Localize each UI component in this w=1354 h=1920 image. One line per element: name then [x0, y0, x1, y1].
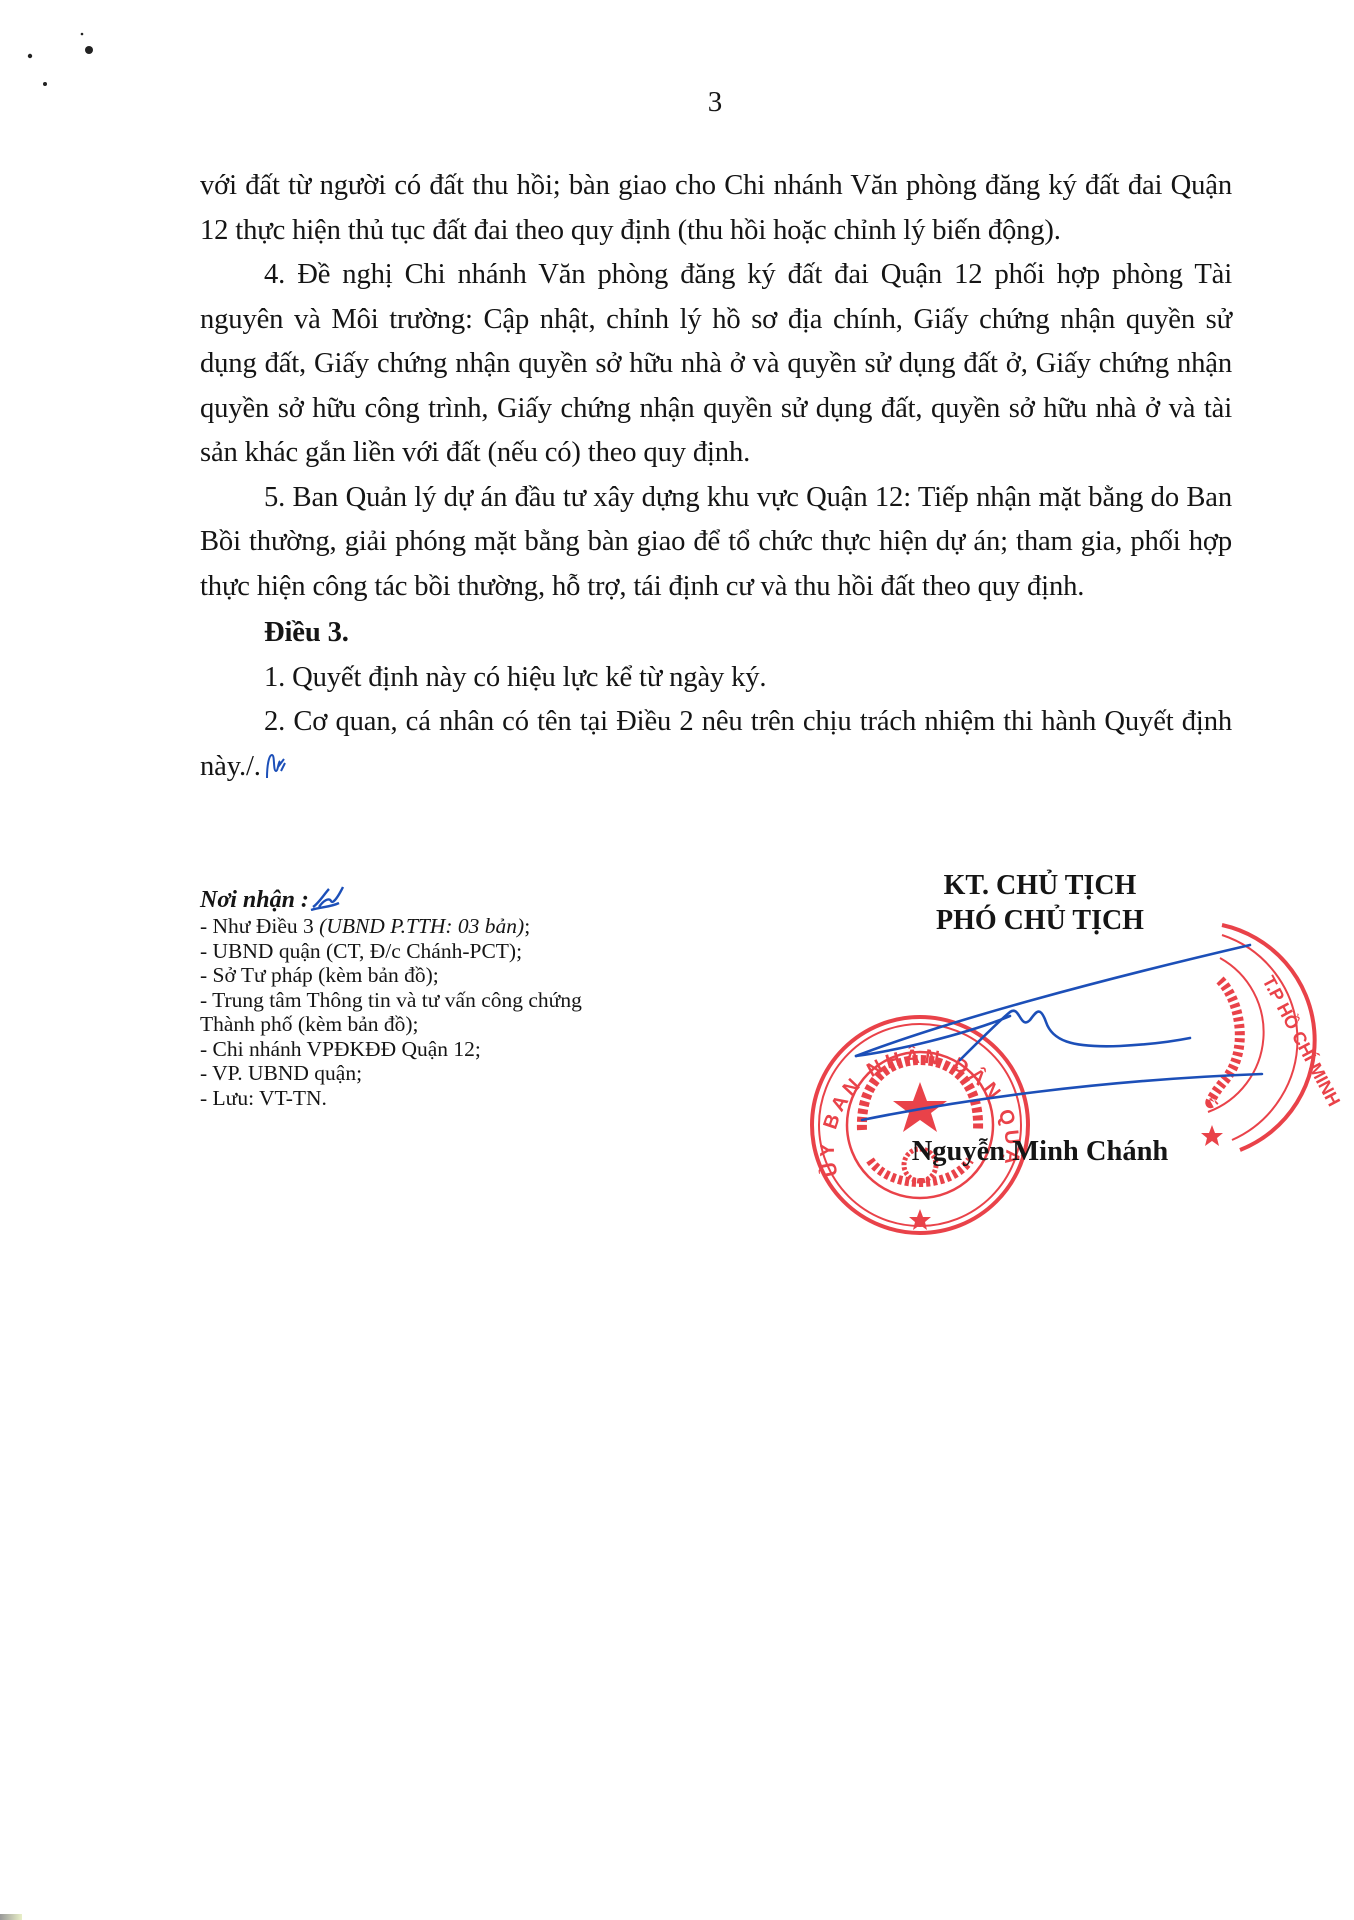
recipient-text: - Lưu: VT-TN.	[200, 1086, 327, 1110]
recipient-text: - UBND quận (CT, Đ/c Chánh-PCT);	[200, 939, 522, 963]
recipients-title: Nơi nhận :	[200, 885, 640, 914]
signature-block: KT. CHỦ TỊCH PHÓ CHỦ TỊCH	[860, 868, 1220, 938]
paragraph-item-5: 5. Ban Quản lý dự án đầu tư xây dựng khu…	[200, 476, 1232, 610]
document-body: với đất từ người có đất thu hồi; bàn gia…	[200, 164, 1232, 789]
recipient-item: - Trung tâm Thông tin và tư vấn công chứ…	[200, 988, 640, 1037]
recipient-item: - Như Điều 3 (UBND P.TTH: 03 bản);	[200, 914, 640, 939]
signer-name: Nguyễn Minh Chánh	[860, 1136, 1220, 1168]
recipient-item: - Lưu: VT-TN.	[200, 1086, 640, 1111]
article-3-heading: Điều 3.	[200, 611, 1232, 656]
signature-title-line-1: KT. CHỦ TỊCH	[860, 868, 1220, 903]
paragraph-item-4: 4. Đề nghị Chi nhánh Văn phòng đăng ký đ…	[200, 253, 1232, 476]
recipient-item: - Chi nhánh VPĐKĐĐ Quận 12;	[200, 1037, 640, 1062]
recipient-text: - Chi nhánh VPĐKĐĐ Quận 12;	[200, 1037, 481, 1061]
svg-text:T.P HỒ CHÍ MINH: T.P HỒ CHÍ MINH	[1258, 972, 1344, 1110]
recipient-item: - UBND quận (CT, Đ/c Chánh-PCT);	[200, 939, 640, 964]
article-3-clause-2-text: 2. Cơ quan, cá nhân có tên tại Điều 2 nê…	[200, 706, 1232, 782]
recipient-item: - Sở Tư pháp (kèm bản đồ);	[200, 963, 640, 988]
article-3-clause-2: 2. Cơ quan, cá nhân có tên tại Điều 2 nê…	[200, 700, 1232, 789]
recipient-text: - Trung tâm Thông tin và tư vấn công chứ…	[200, 988, 582, 1037]
recipient-note: (UBND P.TTH: 03 bản)	[319, 914, 524, 938]
page-number: 3	[0, 86, 1354, 119]
handwritten-signature-icon	[856, 945, 1262, 1120]
recipients-title-text: Nơi nhận :	[200, 887, 309, 913]
initials-mark-icon	[263, 751, 287, 781]
paragraph-continuation: với đất từ người có đất thu hồi; bàn gia…	[200, 164, 1232, 253]
signature-title-line-2: PHÓ CHỦ TỊCH	[860, 903, 1220, 938]
official-seal-right-icon: T.P HỒ CHÍ MINH	[1201, 925, 1345, 1150]
recipient-item: - VP. UBND quận;	[200, 1061, 640, 1086]
recipients-block: Nơi nhận : - Như Điều 3 (UBND P.TTH: 03 …	[200, 885, 640, 1110]
article-3-clause-1: 1. Quyết định này có hiệu lực kể từ ngày…	[200, 656, 1232, 701]
recipient-text: - Sở Tư pháp (kèm bản đồ);	[200, 963, 439, 987]
initials-mark-icon	[309, 885, 345, 911]
recipient-text: - Như Điều 3	[200, 914, 319, 938]
recipient-text: - VP. UBND quận;	[200, 1061, 362, 1085]
recipients-list: - Như Điều 3 (UBND P.TTH: 03 bản);- UBND…	[200, 914, 640, 1110]
scan-edge-artifact	[0, 1914, 22, 1920]
recipient-tail: ;	[524, 914, 530, 938]
